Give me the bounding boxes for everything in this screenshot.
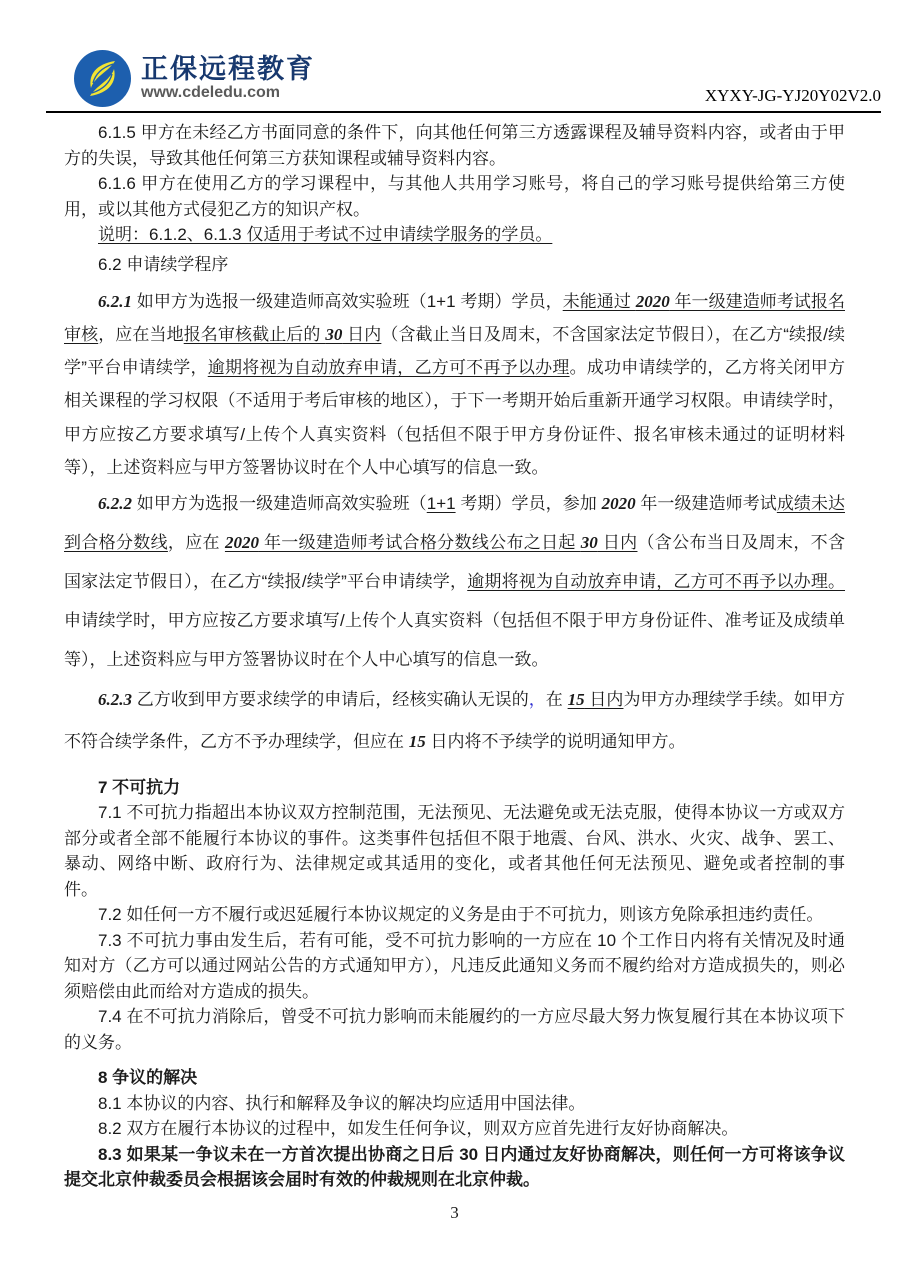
clause-6-2-3: 6.2.3 乙方收到甲方要求续学的申请后，经核实确认无误的，在 15 日内为甲方… <box>64 679 845 762</box>
brand-url: www.cdeledu.com <box>141 85 315 102</box>
heading-7: 7 不可抗力 <box>64 775 845 801</box>
text-segment: 2020 <box>602 494 636 513</box>
text-segment: 逾期将视为自动放弃申请，乙方可不再予以办理 <box>208 358 570 377</box>
text-segment: 年一级建造师考试合格分数线公布之日起 <box>259 533 581 552</box>
page-footer: 3 <box>0 1203 909 1223</box>
clause-8-1: 8.1 本协议的内容、执行和解释及争议的解决均应适用中国法律。 <box>64 1091 845 1117</box>
text-segment: 7.1 不可抗力指超出本协议双方控制范围，无法预见、无法避免或无法克服，使得本协… <box>64 803 845 899</box>
text-segment: 8.2 双方在履行本协议的过程中，如发生任何争议，则双方应首先进行友好协商解决。 <box>98 1119 738 1138</box>
text-segment: 8.1 本协议的内容、执行和解释及争议的解决均应适用中国法律。 <box>98 1094 585 1113</box>
text-segment: 6.2 申请续学程序 <box>98 255 228 274</box>
text-segment: 如甲方为选报一级建造师高效实验班（ <box>132 494 427 513</box>
text-segment: 日内 <box>598 533 638 552</box>
clause-6-2-1: 6.2.1 如甲方为选报一级建造师高效实验班（1+1 考期）学员，未能通过 20… <box>64 285 845 484</box>
text-segment: ，应在 <box>168 533 225 552</box>
clause-7-3: 7.3 不可抗力事由发生后，若有可能，受不可抗力影响的一方应在 10 个工作日内… <box>64 928 845 1005</box>
text-segment: 30 <box>581 533 598 552</box>
heading-8: 8 争议的解决 <box>64 1065 845 1091</box>
text-segment: 申请续学时，甲方应按乙方要求填写/上传个人真实资料（包括但不限于甲方身份证件、准… <box>64 611 845 669</box>
contract-page: 正保远程教育 www.cdeledu.com XYXY-JG-YJ20Y02V2… <box>0 0 909 1283</box>
text-segment: 15 <box>409 732 426 751</box>
text-segment: 乙方收到甲方要求续学的申请后，经核实确认无误的 <box>132 690 529 709</box>
clause-8-3: 8.3 如果某一争议未在一方首次提出协商之日后 30 日内通过友好协商解决，则任… <box>64 1142 845 1193</box>
brand-block: 正保远程教育 www.cdeledu.com <box>46 50 315 107</box>
text-segment: 7.3 不可抗力事由发生后，若有可能，受不可抗力影响的一方应在 10 个工作日内… <box>64 931 845 1001</box>
text-segment: 日内将不予续学的说明通知甲方。 <box>426 732 686 751</box>
text-segment: 6.2.2 <box>98 494 132 513</box>
text-segment: 报名审核截止后的 <box>184 325 326 344</box>
text-segment: 8 争议的解决 <box>98 1068 197 1087</box>
text-segment: 日内 <box>585 690 624 709</box>
text-segment: 8.3 如果某一争议未在一方首次提出协商之日后 30 日内通过友好协商解决，则任… <box>64 1145 845 1190</box>
text-segment: 6.1.6 甲方在使用乙方的学习课程中，与其他人共用学习账号，将自己的学习账号提… <box>64 174 845 219</box>
clause-6-1-6: 6.1.6 甲方在使用乙方的学习课程中，与其他人共用学习账号，将自己的学习账号提… <box>64 171 845 222</box>
text-segment: 如甲方为选报一级建造师高效实验班（1+1 考期）学员， <box>132 292 563 311</box>
text-segment: 6.2.1 <box>98 292 132 311</box>
text-segment: 6.2.3 <box>98 690 132 709</box>
text-segment: 7.2 如任何一方不履行或迟延履行本协议规定的义务是由于不可抗力，则该方免除承担… <box>98 905 823 924</box>
clause-8-2: 8.2 双方在履行本协议的过程中，如发生任何争议，则双方应首先进行友好协商解决。 <box>64 1116 845 1142</box>
text-segment: 未能通过 <box>563 292 636 311</box>
text-segment: 6.1.5 甲方在未经乙方书面同意的条件下，向其他任何第三方透露课程及辅导资料内… <box>64 123 845 168</box>
page-header: 正保远程教育 www.cdeledu.com XYXY-JG-YJ20Y02V2… <box>46 0 881 113</box>
text-segment: 考期）学员，参加 <box>456 494 602 513</box>
document-body: 6.1.5 甲方在未经乙方书面同意的条件下，向其他任何第三方透露课程及辅导资料内… <box>0 113 909 1193</box>
text-segment: 日内 <box>342 325 381 344</box>
brand-swirl-logo-icon <box>74 50 131 107</box>
page-number: 3 <box>450 1203 459 1222</box>
text-segment: 年一级建造师考试 <box>636 494 777 513</box>
text-segment: ，应在当地 <box>98 325 184 344</box>
text-segment: 逾期将视为自动放弃申请，乙方可不再予以办理。 <box>467 572 845 591</box>
note-line: 说明：6.1.2、6.1.3 仅适用于考试不过申请续学服务的学员。 <box>64 222 845 248</box>
text-segment: 15 <box>568 690 585 709</box>
document-code: XYXY-JG-YJ20Y02V2.0 <box>705 86 881 107</box>
text-segment: ， <box>529 690 546 709</box>
clause-7-4: 7.4 在不可抗力消除后，曾受不可抗力影响而未能履约的一方应尽最大努力恢复履行其… <box>64 1004 845 1055</box>
clause-6-1-5: 6.1.5 甲方在未经乙方书面同意的条件下，向其他任何第三方透露课程及辅导资料内… <box>64 120 845 171</box>
text-segment: 7.4 在不可抗力消除后，曾受不可抗力影响而未能履约的一方应尽最大努力恢复履行其… <box>64 1007 845 1052</box>
text-segment: 30 <box>325 325 342 344</box>
brand-text: 正保远程教育 www.cdeledu.com <box>141 55 315 102</box>
text-segment: 2020 <box>225 533 259 552</box>
text-segment: 说明：6.1.2、6.1.3 仅适用于考试不过申请续学服务的学员。 <box>98 225 552 244</box>
text-segment: 在 <box>546 690 568 709</box>
text-segment: 1+1 <box>427 494 456 513</box>
clause-6-2-2: 6.2.2 如甲方为选报一级建造师高效实验班（1+1 考期）学员，参加 2020… <box>64 484 845 679</box>
clause-7-2: 7.2 如任何一方不履行或迟延履行本协议规定的义务是由于不可抗力，则该方免除承担… <box>64 902 845 928</box>
text-segment: 7 不可抗力 <box>98 778 180 797</box>
clause-7-1: 7.1 不可抗力指超出本协议双方控制范围，无法预见、无法避免或无法克服，使得本协… <box>64 800 845 902</box>
heading-6-2: 6.2 申请续学程序 <box>64 252 845 278</box>
text-segment: 2020 <box>636 292 670 311</box>
brand-name: 正保远程教育 <box>141 55 315 83</box>
